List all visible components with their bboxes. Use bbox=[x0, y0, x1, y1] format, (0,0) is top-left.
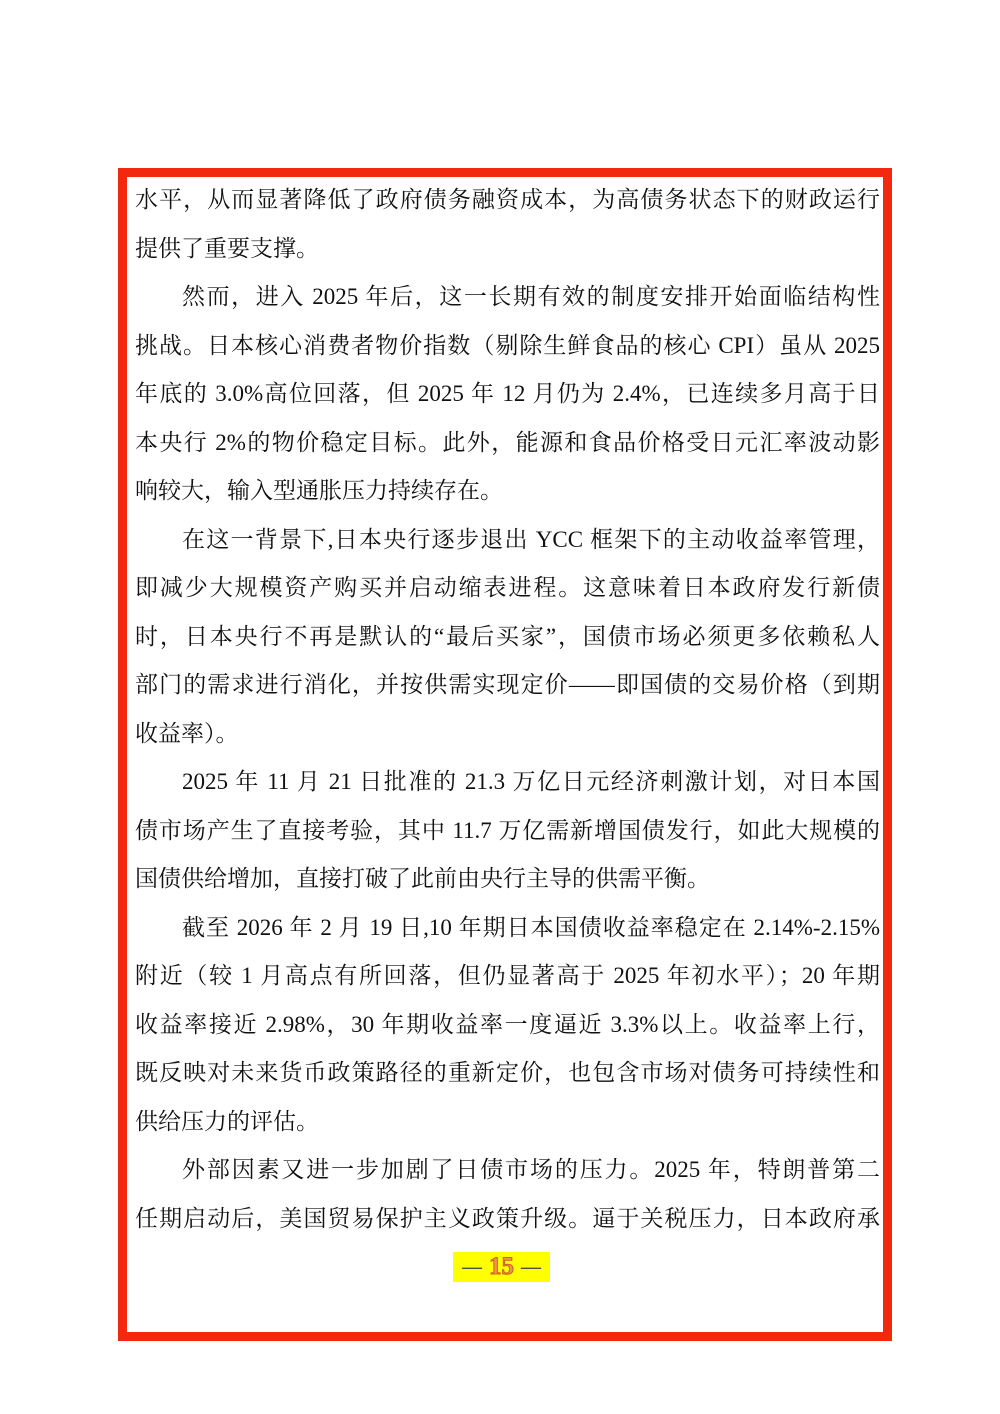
text-line: 收益率）。 bbox=[135, 710, 880, 759]
text-line: 水平，从而显著降低了政府债务融资成本，为高债务状态下的财政运行 bbox=[135, 176, 880, 225]
text-line: 既反映对未来货币政策路径的重新定价，也包含市场对债务可持续性和 bbox=[135, 1049, 880, 1098]
text-line: 国债供给增加，直接打破了此前由央行主导的供需平衡。 bbox=[135, 855, 880, 904]
footer-dash-left: — bbox=[462, 1252, 482, 1282]
text-line: 挑战。日本核心消费者物价指数（剔除生鲜食品的核心 CPI）虽从 2025 bbox=[135, 322, 880, 371]
text-line: 截至 2026 年 2 月 19 日,10 年期日本国债收益率稳定在 2.14%… bbox=[135, 904, 880, 953]
text-line: 附近（较 1 月高点有所回落，但仍显著高于 2025 年初水平）；20 年期 bbox=[135, 952, 880, 1001]
text-line: 然而，进入 2025 年后，这一长期有效的制度安排开始面临结构性 bbox=[135, 273, 880, 322]
text-line: 响较大，输入型通胀压力持续存在。 bbox=[135, 467, 880, 516]
footer-dash-right: — bbox=[521, 1252, 541, 1282]
document-page: 水平，从而显著降低了政府债务融资成本，为高债务状态下的财政运行提供了重要支撑。然… bbox=[0, 0, 1000, 1414]
text-line: 时，日本央行不再是默认的“最后买家”，国债市场必须更多依赖私人 bbox=[135, 613, 880, 662]
text-line: 提供了重要支撑。 bbox=[135, 225, 880, 274]
text-line: 供给压力的评估。 bbox=[135, 1098, 880, 1147]
page-number: 15 bbox=[489, 1252, 514, 1282]
text-line: 即减少大规模资产购买并启动缩表进程。这意味着日本政府发行新债 bbox=[135, 564, 880, 613]
text-line: 在这一背景下,日本央行逐步退出 YCC 框架下的主动收益率管理， bbox=[135, 516, 880, 565]
text-line: 年底的 3.0%高位回落，但 2025 年 12 月仍为 2.4%，已连续多月高… bbox=[135, 370, 880, 419]
page-number-footer: — 15 — bbox=[453, 1252, 550, 1282]
text-line: 任期启动后，美国贸易保护主义政策升级。逼于关税压力，日本政府承 bbox=[135, 1195, 880, 1244]
body-text: 水平，从而显著降低了政府债务融资成本，为高债务状态下的财政运行提供了重要支撑。然… bbox=[135, 176, 880, 1243]
text-line: 外部因素又进一步加剧了日债市场的压力。2025 年，特朗普第二 bbox=[135, 1146, 880, 1195]
text-line: 债市场产生了直接考验，其中 11.7 万亿需新增国债发行，如此大规模的 bbox=[135, 807, 880, 856]
text-line: 部门的需求进行消化，并按供需实现定价——即国债的交易价格（到期 bbox=[135, 661, 880, 710]
text-line: 2025 年 11 月 21 日批准的 21.3 万亿日元经济刺激计划，对日本国 bbox=[135, 758, 880, 807]
text-line: 本央行 2%的物价稳定目标。此外，能源和食品价格受日元汇率波动影 bbox=[135, 419, 880, 468]
text-line: 收益率接近 2.98%，30 年期收益率一度逼近 3.3%以上。收益率上行， bbox=[135, 1001, 880, 1050]
